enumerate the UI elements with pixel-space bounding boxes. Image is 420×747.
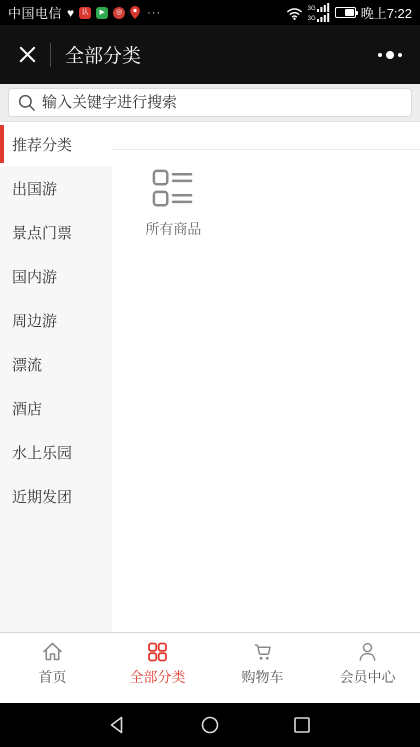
sidebar-item-label: 周边游 [12, 310, 57, 331]
location-pin-app-icon [130, 6, 140, 19]
red-app-icon: 认 [79, 7, 91, 19]
more-dots-icon[interactable] [376, 45, 404, 65]
android-nav-bar [0, 703, 420, 747]
back-triangle-icon[interactable] [106, 713, 130, 737]
active-indicator [0, 169, 4, 207]
tab-home-label: 首页 [39, 667, 67, 687]
battery-icon [335, 7, 356, 18]
home-icon [40, 640, 65, 664]
search-input[interactable] [42, 94, 403, 111]
active-indicator [0, 301, 4, 339]
active-indicator [0, 345, 4, 383]
sidebar-item-label: 推荐分类 [12, 134, 72, 155]
heart-pulse-icon: ♥ [67, 7, 74, 19]
tab-all-categories[interactable]: 全部分类 [105, 640, 210, 703]
search-icon [17, 93, 36, 112]
category-main-panel: 所有商品 [112, 122, 420, 632]
user-icon [355, 640, 380, 664]
close-icon[interactable] [16, 44, 38, 66]
red-circle-app-icon: ◎ [113, 7, 125, 19]
sidebar-item[interactable]: 水上乐园 [0, 430, 112, 474]
nav-divider [50, 43, 51, 67]
status-bar: 中国电信 ♥ 认 ▶ ◎ ··· 3G 3G 晚上7:22 [0, 0, 420, 25]
tab-home[interactable]: 首页 [0, 640, 105, 703]
nav-bar: 全部分类 [0, 25, 420, 84]
sidebar-item-label: 酒店 [12, 398, 42, 419]
carrier-label: 中国电信 [8, 3, 62, 22]
list-category-icon [151, 168, 195, 210]
status-bar-left: 中国电信 ♥ 认 ▶ ◎ ··· [8, 3, 161, 22]
sidebar-item[interactable]: 周边游 [0, 298, 112, 342]
sidebar-item-label: 近期发团 [12, 486, 72, 507]
page-title: 全部分类 [65, 41, 141, 68]
dual-sim-signal-icon: 3G 3G [308, 3, 330, 22]
active-indicator [0, 389, 4, 427]
bottom-tab-bar: 首页 全部分类 购物车 会员中心 [0, 632, 420, 703]
sidebar-item[interactable]: 景点门票 [0, 210, 112, 254]
tab-cart-label: 购物车 [242, 667, 284, 687]
network-type-label-sim1: 3G [308, 6, 316, 12]
sidebar-item-label: 景点门票 [12, 222, 72, 243]
green-play-app-icon: ▶ [96, 7, 108, 19]
active-indicator [0, 477, 4, 515]
active-indicator [0, 257, 4, 295]
sidebar-item[interactable]: 酒店 [0, 386, 112, 430]
clock-label: 晚上7:22 [361, 3, 412, 22]
main-panel-header [112, 122, 420, 150]
sidebar-item[interactable]: 出国游 [0, 166, 112, 210]
wifi-icon [286, 6, 303, 20]
cart-icon [250, 640, 275, 664]
phone-screen: 中国电信 ♥ 认 ▶ ◎ ··· 3G 3G 晚上7:22 [0, 0, 420, 747]
sidebar-item-label: 水上乐园 [12, 442, 72, 463]
sidebar-item-label: 国内游 [12, 266, 57, 287]
all-goods-item[interactable]: 所有商品 [126, 168, 221, 239]
search-section [0, 84, 420, 122]
sidebar-item[interactable]: 推荐分类 [0, 122, 112, 166]
sidebar-item-label: 漂流 [12, 354, 42, 375]
goods-item-label: 所有商品 [145, 219, 201, 239]
search-box[interactable] [8, 88, 412, 117]
tab-member-center[interactable]: 会员中心 [315, 640, 420, 703]
active-indicator [0, 433, 4, 471]
tab-cart[interactable]: 购物车 [210, 640, 315, 703]
home-circle-icon[interactable] [198, 713, 222, 737]
sidebar-item-label: 出国游 [12, 178, 57, 199]
grid-category-icon [145, 640, 170, 664]
sidebar-item[interactable]: 近期发团 [0, 474, 112, 518]
recents-square-icon[interactable] [290, 713, 314, 737]
active-indicator [0, 213, 4, 251]
category-sidebar: 推荐分类 出国游 景点门票 国内游 [0, 122, 112, 632]
network-type-label-sim2: 3G [308, 16, 316, 22]
tab-all-categories-label: 全部分类 [130, 667, 186, 687]
active-indicator [0, 125, 4, 163]
more-notifications-indicator: ··· [147, 7, 161, 19]
sidebar-item[interactable]: 漂流 [0, 342, 112, 386]
content-area: 推荐分类 出国游 景点门票 国内游 [0, 122, 420, 632]
tab-member-center-label: 会员中心 [340, 667, 396, 687]
sidebar-item[interactable]: 国内游 [0, 254, 112, 298]
status-bar-right: 3G 3G 晚上7:22 [286, 3, 412, 22]
goods-grid: 所有商品 [112, 150, 420, 239]
